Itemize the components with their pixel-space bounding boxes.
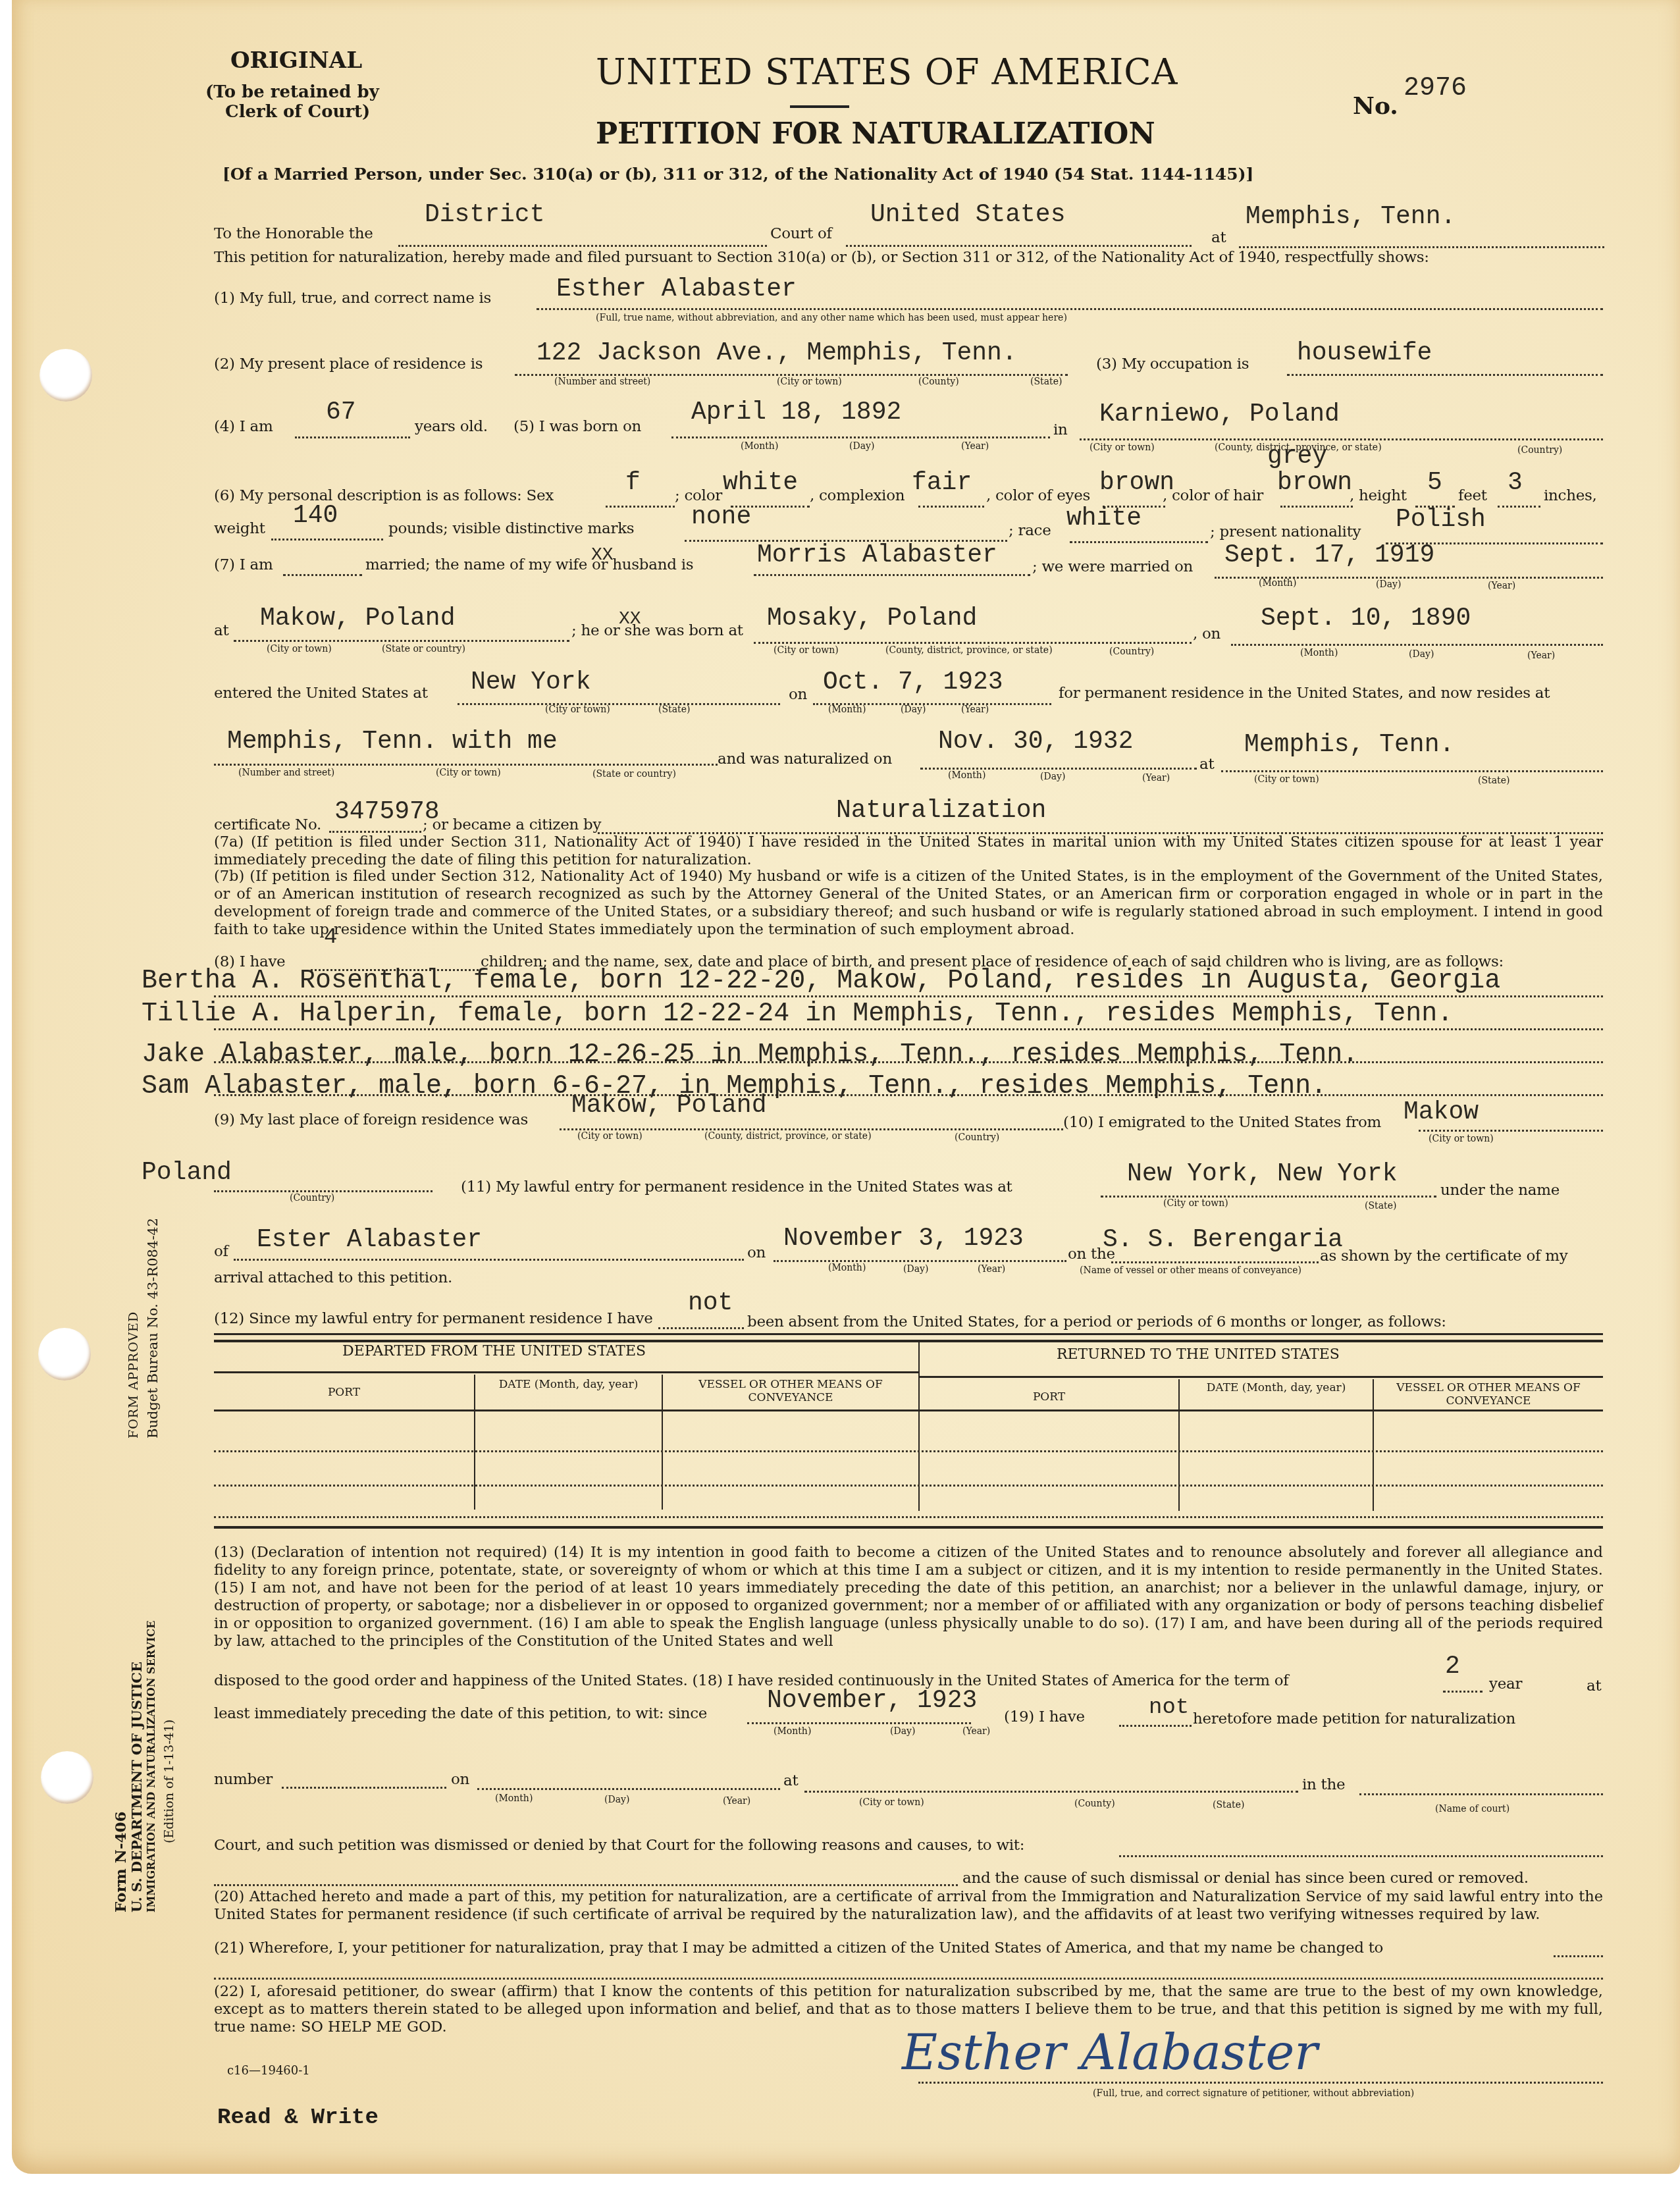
form-number: Form N-406 — [112, 1812, 130, 1912]
item7b-text: (7b) (If petition is filed under Section… — [214, 868, 1603, 939]
petition-number: 2976 — [1404, 74, 1467, 103]
column-header: DATE (Month, day, year) — [475, 1378, 662, 1391]
entry-date-field[interactable]: November 3, 1923 — [783, 1225, 1024, 1253]
caption: (City or town) — [267, 644, 332, 654]
caption: (County) — [918, 377, 959, 387]
on-label: on — [747, 1244, 766, 1261]
citizenship-method-field[interactable]: Naturalization — [836, 797, 1046, 825]
item19-label: (19) I have — [1004, 1708, 1085, 1726]
emigrated-from-country-field[interactable]: Poland — [142, 1159, 232, 1187]
name-change-field[interactable] — [214, 1978, 1603, 1980]
item10-label: (10) I emigrated to the United States fr… — [1063, 1114, 1381, 1131]
caption: (Country) — [1109, 646, 1154, 657]
column-header: PORT — [920, 1390, 1178, 1404]
of-label: of — [214, 1243, 228, 1260]
caption: (Month) — [774, 1726, 811, 1737]
caption: (State or country) — [382, 644, 465, 654]
court-label-2: Court of — [770, 225, 832, 242]
caption: (City or town) — [1429, 1134, 1494, 1144]
table-row[interactable] — [214, 1450, 1603, 1452]
item4-label: (4) I am — [214, 418, 273, 435]
spouse-naturalization-place-field[interactable]: Memphis, Tenn. — [1244, 731, 1454, 759]
children-count-field[interactable]: 4 — [324, 925, 337, 950]
spouse-birthplace-field[interactable]: Mosaky, Poland — [767, 604, 977, 633]
color-label: ; color — [675, 487, 722, 504]
caption: (Year) — [962, 1726, 990, 1737]
age-field[interactable]: 67 — [326, 398, 356, 427]
table-row[interactable] — [214, 1485, 1603, 1487]
caption: (Country) — [290, 1193, 334, 1203]
sex-field[interactable]: f — [625, 469, 641, 497]
eyes-label: , color of eyes — [986, 487, 1090, 504]
table-row[interactable] — [214, 1516, 1603, 1518]
nationality-field[interactable]: Polish — [1396, 506, 1486, 534]
caption: (Month) — [1259, 578, 1296, 589]
complexion-label: , complexion — [810, 487, 905, 504]
married-at-label: at — [214, 622, 228, 639]
item12-label: (12) Since my lawful entry for permanent… — [214, 1310, 653, 1327]
caption: (Year) — [1142, 773, 1170, 783]
last-foreign-residence-field[interactable]: Makow, Poland — [571, 1092, 766, 1120]
form-approved-label: FORM APPROVED — [126, 1311, 141, 1438]
hair-label: , color of hair — [1163, 487, 1263, 504]
on-label: , on — [1193, 625, 1221, 643]
item19-label-rest: heretofore made petition for naturalizat… — [1193, 1710, 1515, 1727]
petitioner-signature: Esther Alabaster — [902, 2024, 1318, 2081]
retained-note-1: (To be retained by — [205, 82, 379, 102]
item18-since-label: least immediately preceding the date of … — [214, 1705, 707, 1722]
entry-place-field[interactable]: New York — [471, 668, 591, 697]
item4-suffix: years old. — [415, 418, 488, 435]
item9-label: (9) My last place of foreign residence w… — [214, 1111, 528, 1128]
item7-spouse-label: married; the name of my wife or husband … — [365, 556, 693, 573]
birth-place-field[interactable]: Karniewo, Poland — [1099, 400, 1340, 429]
complexion-field[interactable]: fair — [912, 469, 972, 497]
arrival-label: arrival attached to this petition. — [214, 1269, 452, 1286]
caption: (Number and street) — [554, 377, 650, 387]
strikeout-mark: XX — [591, 545, 614, 566]
caption: (Day) — [901, 704, 926, 715]
item1-label: (1) My full, true, and correct name is — [214, 290, 491, 307]
caption: (Day) — [890, 1726, 915, 1737]
year-label: year — [1489, 1675, 1522, 1693]
color-field[interactable]: white — [723, 469, 798, 497]
caption: (City or town) — [1163, 1198, 1228, 1209]
caption: (Number and street) — [238, 768, 334, 778]
hair-color-field[interactable]: brown — [1277, 469, 1352, 497]
punch-hole — [41, 1751, 93, 1804]
caption: (City or town) — [1089, 442, 1155, 453]
court-label-3: at — [1211, 229, 1226, 246]
item6-label: (6) My personal description is as follow… — [214, 487, 554, 504]
caption: (Day) — [1040, 772, 1065, 782]
item1-caption: (Full, true name, without abbreviation, … — [596, 313, 1067, 323]
naturalized-label: and was naturalized on — [718, 751, 892, 768]
column-header: DATE (Month, day, year) — [1180, 1381, 1373, 1394]
caption: (County, district, province, or state) — [885, 645, 1053, 656]
caption: (Day) — [849, 441, 874, 452]
court-of-field[interactable]: United States — [870, 201, 1065, 229]
cured-label: and the cause of such dismissal or denia… — [962, 1870, 1529, 1887]
item7-label: (7) I am — [214, 556, 273, 573]
nationality-label: ; present nationality — [1210, 523, 1361, 540]
caption: (City or town) — [774, 645, 839, 656]
caption: (Month) — [495, 1793, 533, 1804]
caption: (County) — [1074, 1799, 1115, 1809]
caption: (Month) — [741, 441, 778, 452]
caption: (Year) — [1527, 650, 1555, 661]
budget-bureau-number: Budget Bureau No. 43-R084-42 — [145, 1218, 161, 1438]
column-header: PORT — [214, 1386, 474, 1399]
item20-text: (20) Attached hereto and made a part of … — [214, 1888, 1603, 1924]
marriage-place-field[interactable]: Makow, Poland — [260, 604, 455, 633]
caption: (Year) — [961, 441, 989, 452]
items13-17-text: (13) (Declaration of intention not requi… — [214, 1544, 1603, 1650]
item12-label-rest: been absent from the United States, for … — [747, 1313, 1446, 1331]
caption: (Country) — [955, 1132, 999, 1143]
caption: (State) — [1213, 1800, 1244, 1810]
married-on-label: ; we were married on — [1032, 558, 1193, 575]
spouse-birthdate-field[interactable]: Sept. 10, 1890 — [1261, 604, 1471, 633]
item7a-text: (7a) (If petition is filed under Section… — [214, 833, 1603, 869]
full-name-field[interactable]: Esther Alabaster — [556, 275, 797, 303]
entered-label: entered the United States at — [214, 685, 428, 702]
caption: (Day) — [1409, 649, 1434, 660]
caption: (State) — [1478, 776, 1509, 786]
residence-since-field[interactable]: November, 1923 — [767, 1687, 977, 1715]
at-label: at — [783, 1772, 798, 1789]
strikeout-mark: XX — [619, 609, 641, 629]
pounds-label: pounds; visible distinctive marks — [388, 520, 634, 537]
court-type-field[interactable]: District — [425, 201, 544, 229]
on-label: on — [451, 1771, 469, 1788]
caption: (Day) — [1376, 579, 1401, 590]
petition-number-label: No. — [1353, 92, 1398, 120]
edition-date: (Edition of 1-13-41) — [162, 1720, 176, 1843]
height-label: , height — [1350, 487, 1407, 504]
statute-reference: [Of a Married Person, under Sec. 310(a) … — [223, 165, 1253, 184]
in-the-label: in the — [1302, 1776, 1345, 1793]
caption: (City or town) — [777, 377, 842, 387]
weight-label: weight — [214, 520, 265, 537]
punch-hole — [38, 1328, 91, 1381]
caption: (Year) — [978, 1264, 1005, 1275]
entered-on-label: on — [789, 686, 807, 703]
caption: (City or town) — [577, 1131, 643, 1142]
caption: (State) — [1030, 377, 1062, 387]
print-code: c16—19460-1 — [227, 2064, 310, 2078]
caption: (State or country) — [592, 769, 676, 779]
caption: (Day) — [903, 1264, 928, 1275]
retained-note-2: Clerk of Court) — [225, 102, 370, 122]
original-label: ORIGINAL — [230, 47, 362, 74]
caption: (City or town) — [436, 768, 501, 778]
marriage-date-field[interactable]: Sept. 17, 1919 — [1224, 541, 1434, 569]
permanent-residence-label: for permanent residence in the United St… — [1059, 685, 1550, 702]
caption: (State) — [658, 704, 690, 715]
column-header: VESSEL OR OTHER MEANS OF CONVEYANCE — [663, 1378, 918, 1404]
citizen-by-label: ; or became a citizen by — [423, 816, 601, 833]
caption: (Month) — [1300, 648, 1338, 658]
item18-label: disposed to the good order and happiness… — [214, 1672, 1289, 1689]
spouse-naturalization-date-field[interactable]: Nov. 30, 1932 — [938, 727, 1133, 756]
item5-label: (5) I was born on — [513, 418, 641, 435]
column-header: VESSEL OR OTHER MEANS OF CONVEYANCE — [1374, 1381, 1603, 1408]
race-label: ; race — [1009, 522, 1051, 539]
occupation-field[interactable]: housewife — [1297, 339, 1432, 367]
signature-caption: (Full, true, and correct signature of pe… — [1093, 2088, 1414, 2099]
caption: (Day) — [604, 1795, 629, 1805]
child-2-field[interactable]: Tillie A. Halperin, female, born 12-22-2… — [142, 999, 1453, 1029]
hair-extra-field[interactable]: grey — [1267, 442, 1327, 471]
departed-header: DEPARTED FROM THE UNITED STATES — [342, 1343, 646, 1359]
caption: (County, district, province, or state) — [704, 1131, 872, 1142]
feet-label: feet — [1458, 487, 1487, 504]
residence-field[interactable]: 122 Jackson Ave., Memphis, Tenn. — [537, 339, 1017, 367]
department-name: U. S. DEPARTMENT OF JUSTICE — [128, 1662, 145, 1912]
residence-years-field[interactable]: 2 — [1445, 1652, 1460, 1681]
prior-petition-field[interactable]: not — [1149, 1695, 1189, 1720]
absence-field[interactable]: not — [688, 1289, 733, 1317]
caption: (City or town) — [1254, 774, 1319, 785]
at-label: at — [1587, 1677, 1601, 1695]
caption: (Year) — [961, 704, 989, 715]
height-feet-field[interactable]: 5 — [1427, 469, 1442, 497]
caption: (City or town) — [859, 1797, 924, 1808]
caption: (State) — [1365, 1201, 1396, 1211]
in-label: in — [1053, 421, 1068, 438]
caption: (Year) — [1488, 581, 1515, 591]
signature-line[interactable] — [918, 2082, 1603, 2084]
spouse-residence-field[interactable]: Memphis, Tenn. with me — [227, 727, 558, 756]
distinctive-marks-field[interactable]: none — [691, 503, 751, 531]
document-subtitle: PETITION FOR NATURALIZATION — [596, 117, 1155, 151]
caption: (Name of court) — [1435, 1804, 1509, 1814]
child-1-field[interactable]: Bertha A. Rosenthal, female, born 12-22-… — [142, 966, 1500, 996]
under-name-label: under the name — [1440, 1182, 1560, 1199]
service-name: IMMIGRATION AND NATURALIZATION SERVICE — [145, 1621, 157, 1912]
caption: (Name of vessel or other means of convey… — [1080, 1265, 1301, 1276]
inches-label: inches, — [1544, 487, 1597, 504]
certificate-label: certificate No. — [214, 816, 321, 833]
returned-header: RETURNED TO THE UNITED STATES — [1057, 1346, 1340, 1363]
caption: (Month) — [828, 1263, 866, 1273]
height-inches-field[interactable]: 3 — [1508, 469, 1523, 497]
number-label: number — [214, 1771, 273, 1788]
document-title: UNITED STATES OF AMERICA — [596, 51, 1178, 93]
caption: (Country) — [1517, 445, 1562, 456]
caption: (Year) — [723, 1796, 750, 1806]
court-location-field[interactable]: Memphis, Tenn. — [1246, 203, 1456, 231]
weight-field[interactable]: 140 — [293, 502, 338, 530]
shown-by-label: as shown by the certificate of my — [1320, 1248, 1567, 1265]
entry-port-field[interactable]: New York, New York — [1127, 1160, 1397, 1188]
item3-label: (3) My occupation is — [1096, 356, 1249, 373]
caption: (Month) — [948, 770, 985, 781]
entry-name-field[interactable]: Ester Alabaster — [257, 1226, 482, 1254]
spouse-name-field[interactable]: Morris Alabaster — [757, 541, 997, 569]
petition-intro: This petition for naturalization, hereby… — [214, 249, 1429, 266]
item2-label: (2) My present place of residence is — [214, 356, 483, 373]
item21-text: (21) Wherefore, I, your petitioner for n… — [214, 1939, 1383, 1957]
spouse-born-label: ; he or she was born at — [571, 622, 743, 639]
court-label-1: To the Honorable the — [214, 225, 373, 242]
dismissal-label: Court, and such petition was dismissed o… — [214, 1837, 1024, 1854]
literacy-note: Read & Write — [217, 2105, 379, 2130]
punch-hole — [39, 349, 92, 402]
race-field[interactable]: white — [1066, 504, 1142, 533]
entry-date-field[interactable]: Oct. 7, 1923 — [823, 668, 1003, 697]
vessel-field[interactable]: S. S. Berengaria — [1103, 1226, 1343, 1254]
item11-label: (11) My lawful entry for permanent resid… — [461, 1178, 1012, 1196]
caption: (City or town) — [545, 704, 610, 715]
birth-date-field[interactable]: April 18, 1892 — [691, 398, 901, 427]
title-divider — [790, 105, 849, 108]
caption: (Month) — [828, 704, 866, 715]
child-3-field[interactable]: Jake Alabaster, male, born 12-26-25 in M… — [142, 1040, 1358, 1070]
emigrated-from-city-field[interactable]: Makow — [1404, 1098, 1479, 1126]
naturalized-at-label: at — [1199, 756, 1214, 773]
